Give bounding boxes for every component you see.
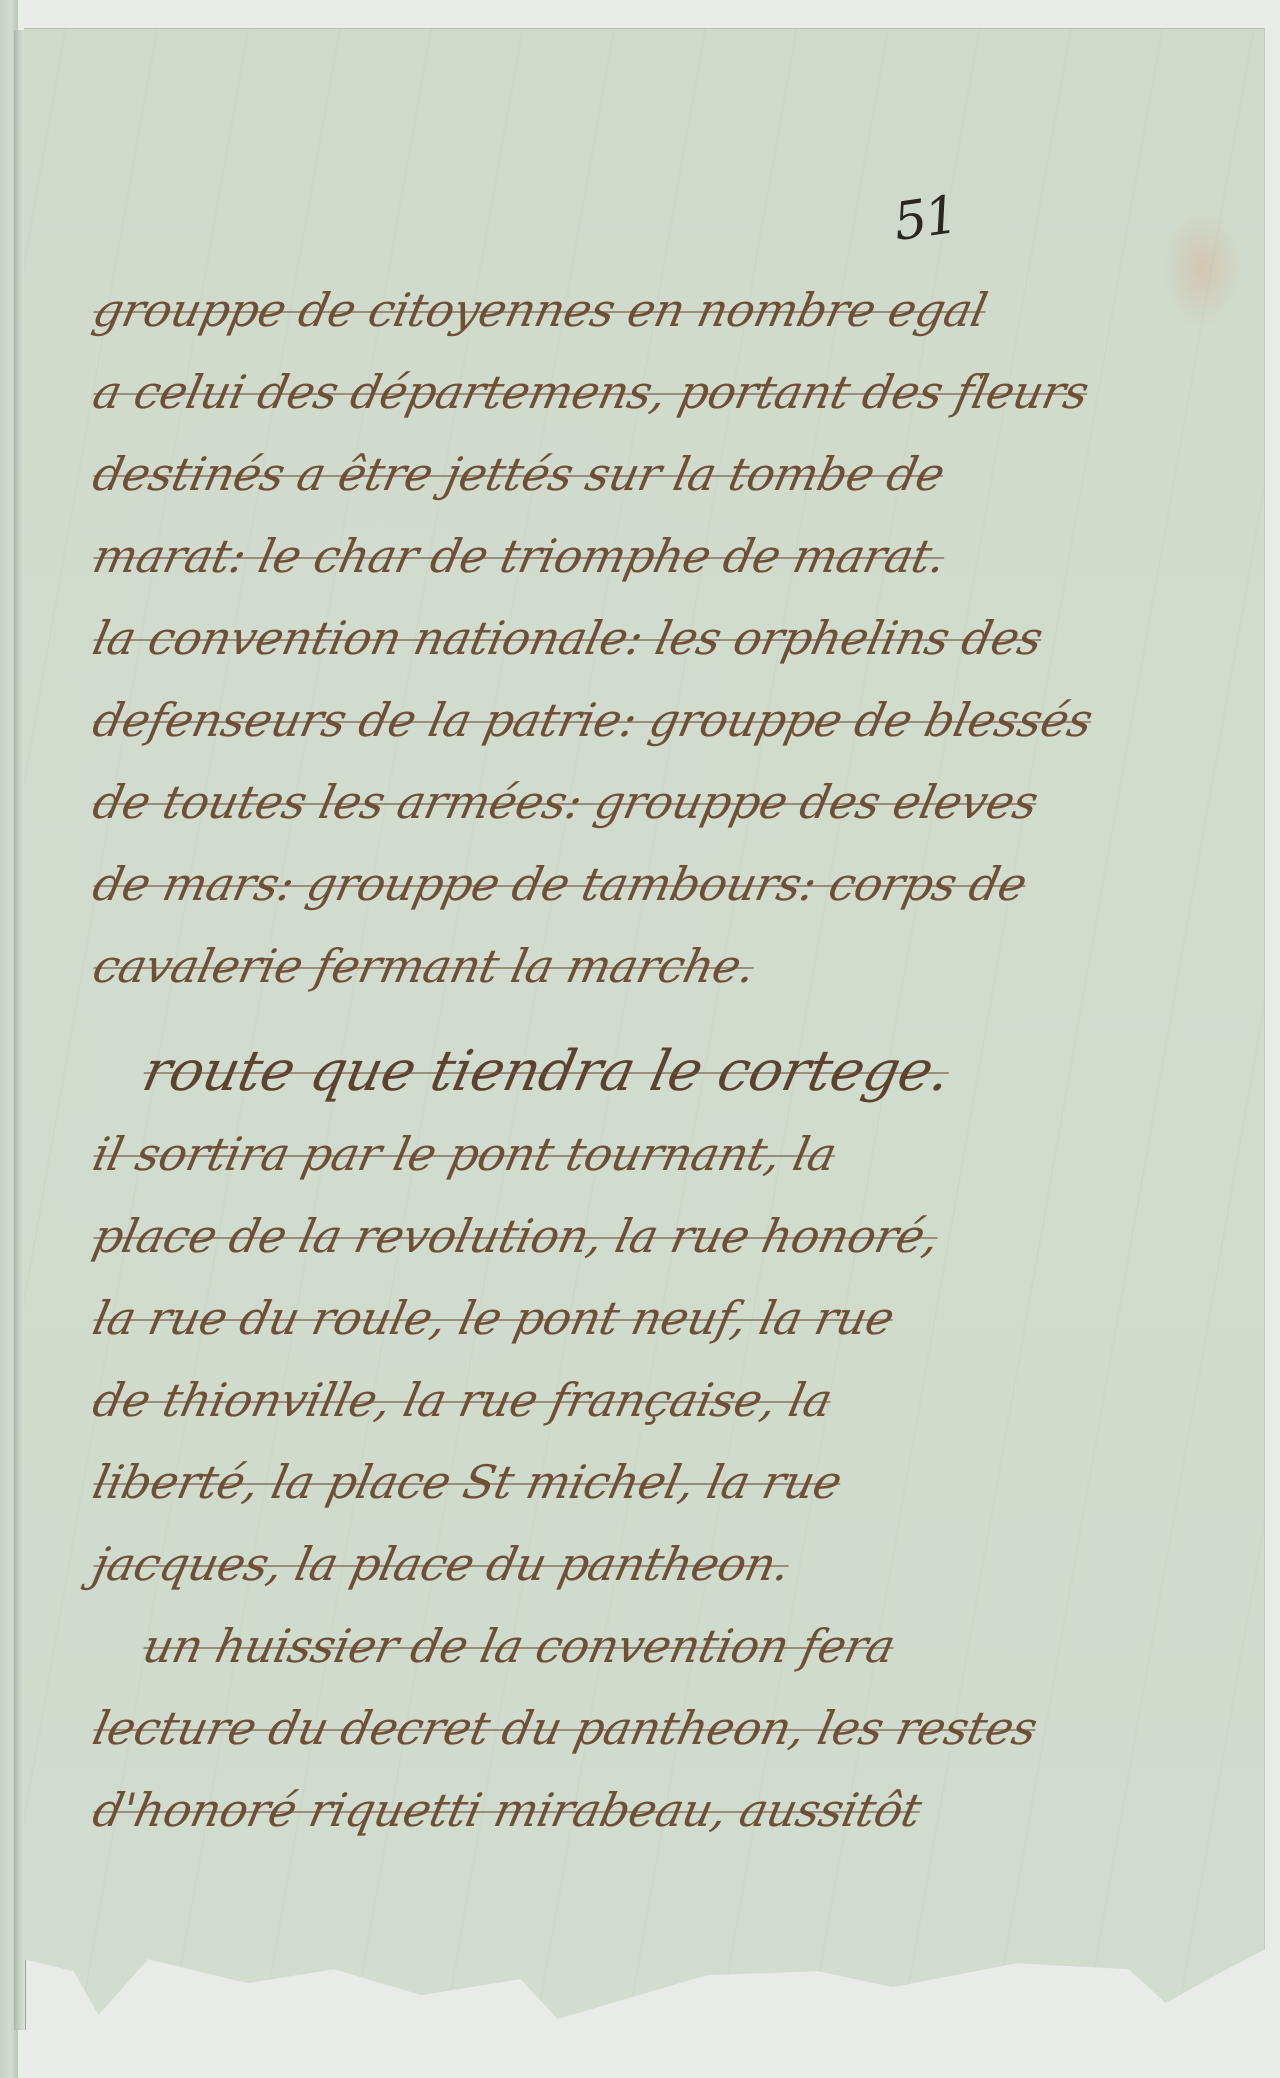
closing-line: lecture du decret du pantheon, les reste…: [94, 1687, 1054, 1769]
manuscript-line: marat: le char de triomphe de marat.: [94, 515, 1054, 597]
manuscript-line: destinés a être jettés sur la tombe de: [94, 433, 1054, 515]
manuscript-page: 51 grouppe de citoyennes en nombre egal …: [24, 28, 1265, 2019]
manuscript-line: cavalerie fermant la marche.: [94, 925, 1054, 1007]
section-heading: route que tiendra le cortege.: [94, 1031, 1054, 1113]
manuscript-line: defenseurs de la patrie: grouppe de bles…: [94, 679, 1054, 761]
closing-line: un huissier de la convention fera: [94, 1605, 1054, 1687]
route-line: il sortira par le pont tournant, la: [94, 1113, 1054, 1195]
route-line: la rue du roule, le pont neuf, la rue: [94, 1277, 1054, 1359]
manuscript-line: de mars: grouppe de tambours: corps de: [94, 843, 1054, 925]
folio-number: 51: [890, 185, 960, 253]
route-line: de thionville, la rue française, la: [94, 1359, 1054, 1441]
manuscript-line: la convention nationale: les orphelins d…: [94, 597, 1054, 679]
route-line: liberté, la place St michel, la rue: [94, 1441, 1054, 1523]
manuscript-line: de toutes les armées: grouppe des eleves: [94, 761, 1054, 843]
route-line: place de la revolution, la rue honoré,: [94, 1195, 1054, 1277]
route-line: jacques, la place du pantheon.: [94, 1523, 1054, 1605]
manuscript-line: grouppe de citoyennes en nombre egal: [94, 269, 1054, 351]
manuscript-text-block: grouppe de citoyennes en nombre egal a c…: [94, 269, 1054, 1851]
manuscript-line: a celui des départemens, portant des fle…: [94, 351, 1054, 433]
closing-line: d'honoré riquetti mirabeau, aussitôt: [94, 1769, 1054, 1851]
